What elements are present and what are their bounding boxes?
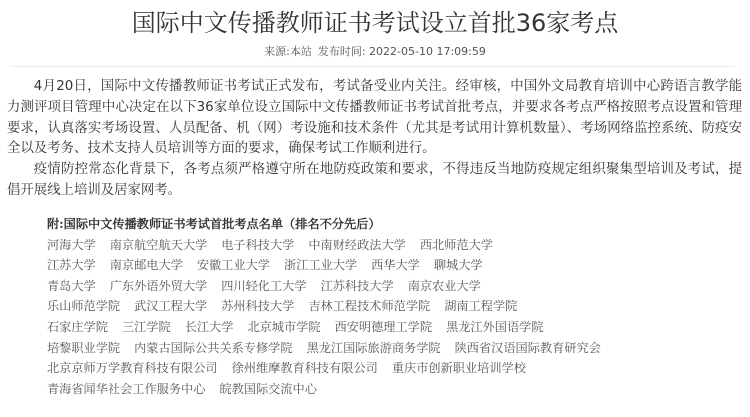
exam-center-name: 四川轻化工大学 <box>221 279 306 293</box>
article-meta: 来源:本站发布时间: 2022-05-10 17:09:59 <box>0 44 750 60</box>
exam-center-name: 北京城市学院 <box>247 320 320 334</box>
exam-center-name: 长江大学 <box>185 320 234 334</box>
exam-center-name: 武汉工程大学 <box>134 299 207 313</box>
paragraph: 4月20日，国际中文传播教师证书考试正式发布，考试备受业内关注。经审核，中国外文… <box>7 77 742 160</box>
annex-row: 青海省闻华社会工作服务中心皖教国际交流中心 <box>47 379 707 400</box>
article-body: 4月20日，国际中文传播教师证书考试正式发布，考试备受业内关注。经审核，中国外文… <box>7 77 742 202</box>
exam-center-name: 南京航空航天大学 <box>110 238 208 252</box>
exam-center-name: 培黎职业学院 <box>47 341 120 355</box>
exam-center-name: 石家庄学院 <box>47 320 108 334</box>
exam-center-name: 湖南工程学院 <box>444 299 517 313</box>
paragraph: 疫情防控常态化背景下，各考点须严格遵守所在地防疫政策和要求，不得违反当地防疫规定… <box>7 160 742 202</box>
exam-center-name: 吉林工程技术师范学院 <box>308 299 430 313</box>
exam-center-name: 广东外语外贸大学 <box>110 279 208 293</box>
exam-center-name: 江苏科技大学 <box>321 279 394 293</box>
exam-center-name: 电子科技大学 <box>221 238 294 252</box>
exam-center-name: 南京农业大学 <box>408 279 481 293</box>
annex-row: 青岛大学广东外语外贸大学四川轻化工大学江苏科技大学南京农业大学 <box>47 276 707 297</box>
annex-row: 北京京师万学教育科技有限公司徐州维摩教育科技有限公司重庆市创新职业培训学校 <box>47 358 707 379</box>
exam-center-name: 北京京师万学教育科技有限公司 <box>47 361 218 375</box>
exam-center-name: 陕西省汉语国际教育研究会 <box>455 341 601 355</box>
annex-row: 乐山师范学院武汉工程大学苏州科技大学吉林工程技术师范学院湖南工程学院 <box>47 296 707 317</box>
annex-rows: 河海大学南京航空航天大学电子科技大学中南财经政法大学西北师范大学江苏大学南京邮电… <box>47 235 707 400</box>
exam-center-name: 青海省闻华社会工作服务中心 <box>47 382 205 396</box>
exam-center-name: 河海大学 <box>47 238 96 252</box>
annex-title: 附:国际中文传播教师证书考试首批考点名单（排名不分先后） <box>47 214 707 235</box>
exam-center-name: 黑龙江国际旅游商务学院 <box>307 341 441 355</box>
exam-center-name: 江苏大学 <box>47 258 96 272</box>
exam-center-name: 重庆市创新职业培训学校 <box>392 361 526 375</box>
article-title: 国际中文传播教师证书考试设立首批36家考点 <box>0 6 750 40</box>
annex-row: 江苏大学南京邮电大学安徽工业大学浙江工业大学西华大学聊城大学 <box>47 255 707 276</box>
exam-center-name: 中南财经政法大学 <box>308 238 406 252</box>
annex-list: 附:国际中文传播教师证书考试首批考点名单（排名不分先后） 河海大学南京航空航天大… <box>47 214 707 399</box>
exam-center-name: 南京邮电大学 <box>110 258 183 272</box>
exam-center-name: 西华大学 <box>371 258 420 272</box>
annex-row: 河海大学南京航空航天大学电子科技大学中南财经政法大学西北师范大学 <box>47 235 707 256</box>
divider <box>10 66 735 67</box>
exam-center-name: 内蒙古国际公共关系专修学院 <box>134 341 292 355</box>
annex-row: 石家庄学院三江学院长江大学北京城市学院西安明德理工学院黑龙江外国语学院 <box>47 317 707 338</box>
exam-center-name: 徐州维摩教育科技有限公司 <box>232 361 378 375</box>
exam-center-name: 西安明德理工学院 <box>335 320 433 334</box>
exam-center-name: 皖教国际交流中心 <box>219 382 317 396</box>
exam-center-name: 青岛大学 <box>47 279 96 293</box>
exam-center-name: 安徽工业大学 <box>197 258 270 272</box>
exam-center-name: 苏州科技大学 <box>221 299 294 313</box>
exam-center-name: 黑龙江外国语学院 <box>446 320 544 334</box>
exam-center-name: 三江学院 <box>122 320 171 334</box>
exam-center-name: 浙江工业大学 <box>284 258 357 272</box>
exam-center-name: 乐山师范学院 <box>47 299 120 313</box>
source-label: 来源:本站 <box>264 45 312 58</box>
exam-center-name: 聊城大学 <box>434 258 483 272</box>
exam-center-name: 西北师范大学 <box>420 238 493 252</box>
publish-time: 发布时间: 2022-05-10 17:09:59 <box>318 45 486 58</box>
annex-row: 培黎职业学院内蒙古国际公共关系专修学院黑龙江国际旅游商务学院陕西省汉语国际教育研… <box>47 338 707 359</box>
